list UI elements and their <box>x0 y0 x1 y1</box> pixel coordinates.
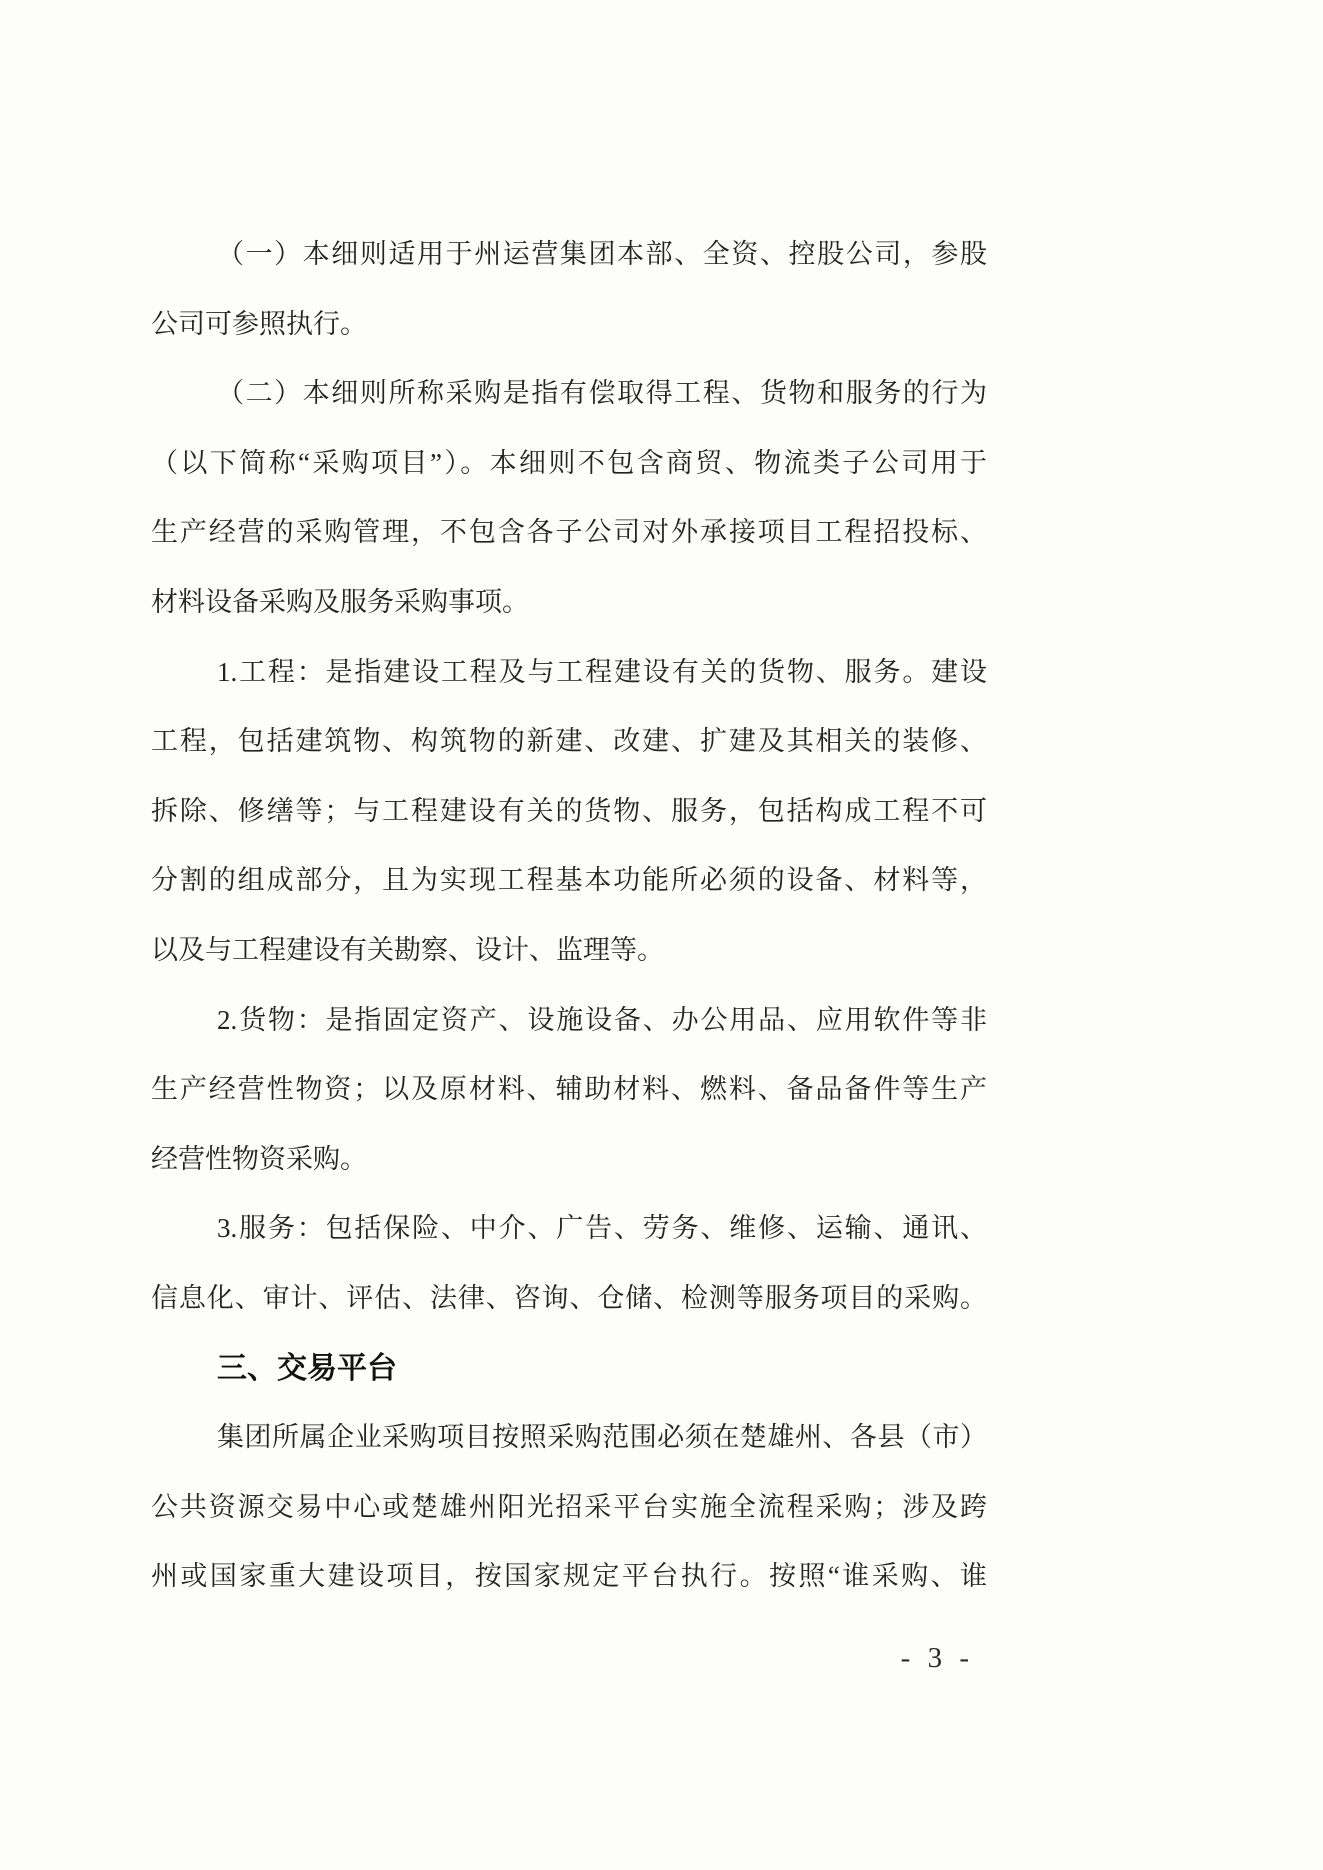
paragraph-line: 以及与工程建设有关勘察、设计、监理等。 <box>151 916 987 986</box>
paragraph-line: 分割的组成部分，且为实现工程基本功能所必须的设备、材料等， <box>151 846 987 916</box>
paragraph-line: 信息化、审计、评估、法律、咨询、仓储、检测等服务项目的采购。 <box>151 1264 987 1334</box>
paragraph-line: 集团所属企业采购项目按照采购范围必须在楚雄州、各县（市） <box>151 1403 987 1473</box>
paragraph-line: 生产经营的采购管理，不包含各子公司对外承接项目工程招投标、 <box>151 498 987 568</box>
paragraph-line: 经营性物资采购。 <box>151 1125 987 1195</box>
paragraph-line: 拆除、修缮等；与工程建设有关的货物、服务，包括构成工程不可 <box>151 777 987 847</box>
paragraph-line: 公共资源交易中心或楚雄州阳光招采平台实施全流程采购；涉及跨 <box>151 1473 987 1543</box>
paragraph-line: 材料设备采购及服务采购事项。 <box>151 568 987 638</box>
section-heading: 三、交易平台 <box>151 1334 987 1404</box>
paragraph-line: （二）本细则所称采购是指有偿取得工程、货物和服务的行为 <box>151 359 987 429</box>
document-text-block: （一）本细则适用于州运营集团本部、全资、控股公司，参股 公司可参照执行。 （二）… <box>151 220 987 1612</box>
paragraph-line: （以下简称“采购项目”）。本细则不包含商贸、物流类子公司用于 <box>151 429 987 499</box>
paragraph-line: （一）本细则适用于州运营集团本部、全资、控股公司，参股 <box>151 220 987 290</box>
paragraph-line: 生产经营性物资；以及原材料、辅助材料、燃料、备品备件等生产 <box>151 1055 987 1125</box>
paragraph-line: 1.工程：是指建设工程及与工程建设有关的货物、服务。建设 <box>151 638 987 708</box>
paragraph-line: 工程，包括建筑物、构筑物的新建、改建、扩建及其相关的装修、 <box>151 707 987 777</box>
document-page: （一）本细则适用于州运营集团本部、全资、控股公司，参股 公司可参照执行。 （二）… <box>0 0 1323 1870</box>
paragraph-line: 州或国家重大建设项目，按国家规定平台执行。按照“谁采购、谁 <box>151 1542 987 1612</box>
paragraph-line: 公司可参照执行。 <box>151 290 987 360</box>
paragraph-line: 3.服务：包括保险、中介、广告、劳务、维修、运输、通讯、 <box>151 1194 987 1264</box>
page-number: - 3 - <box>901 1638 974 1678</box>
paragraph-line: 2.货物：是指固定资产、设施设备、办公用品、应用软件等非 <box>151 986 987 1056</box>
